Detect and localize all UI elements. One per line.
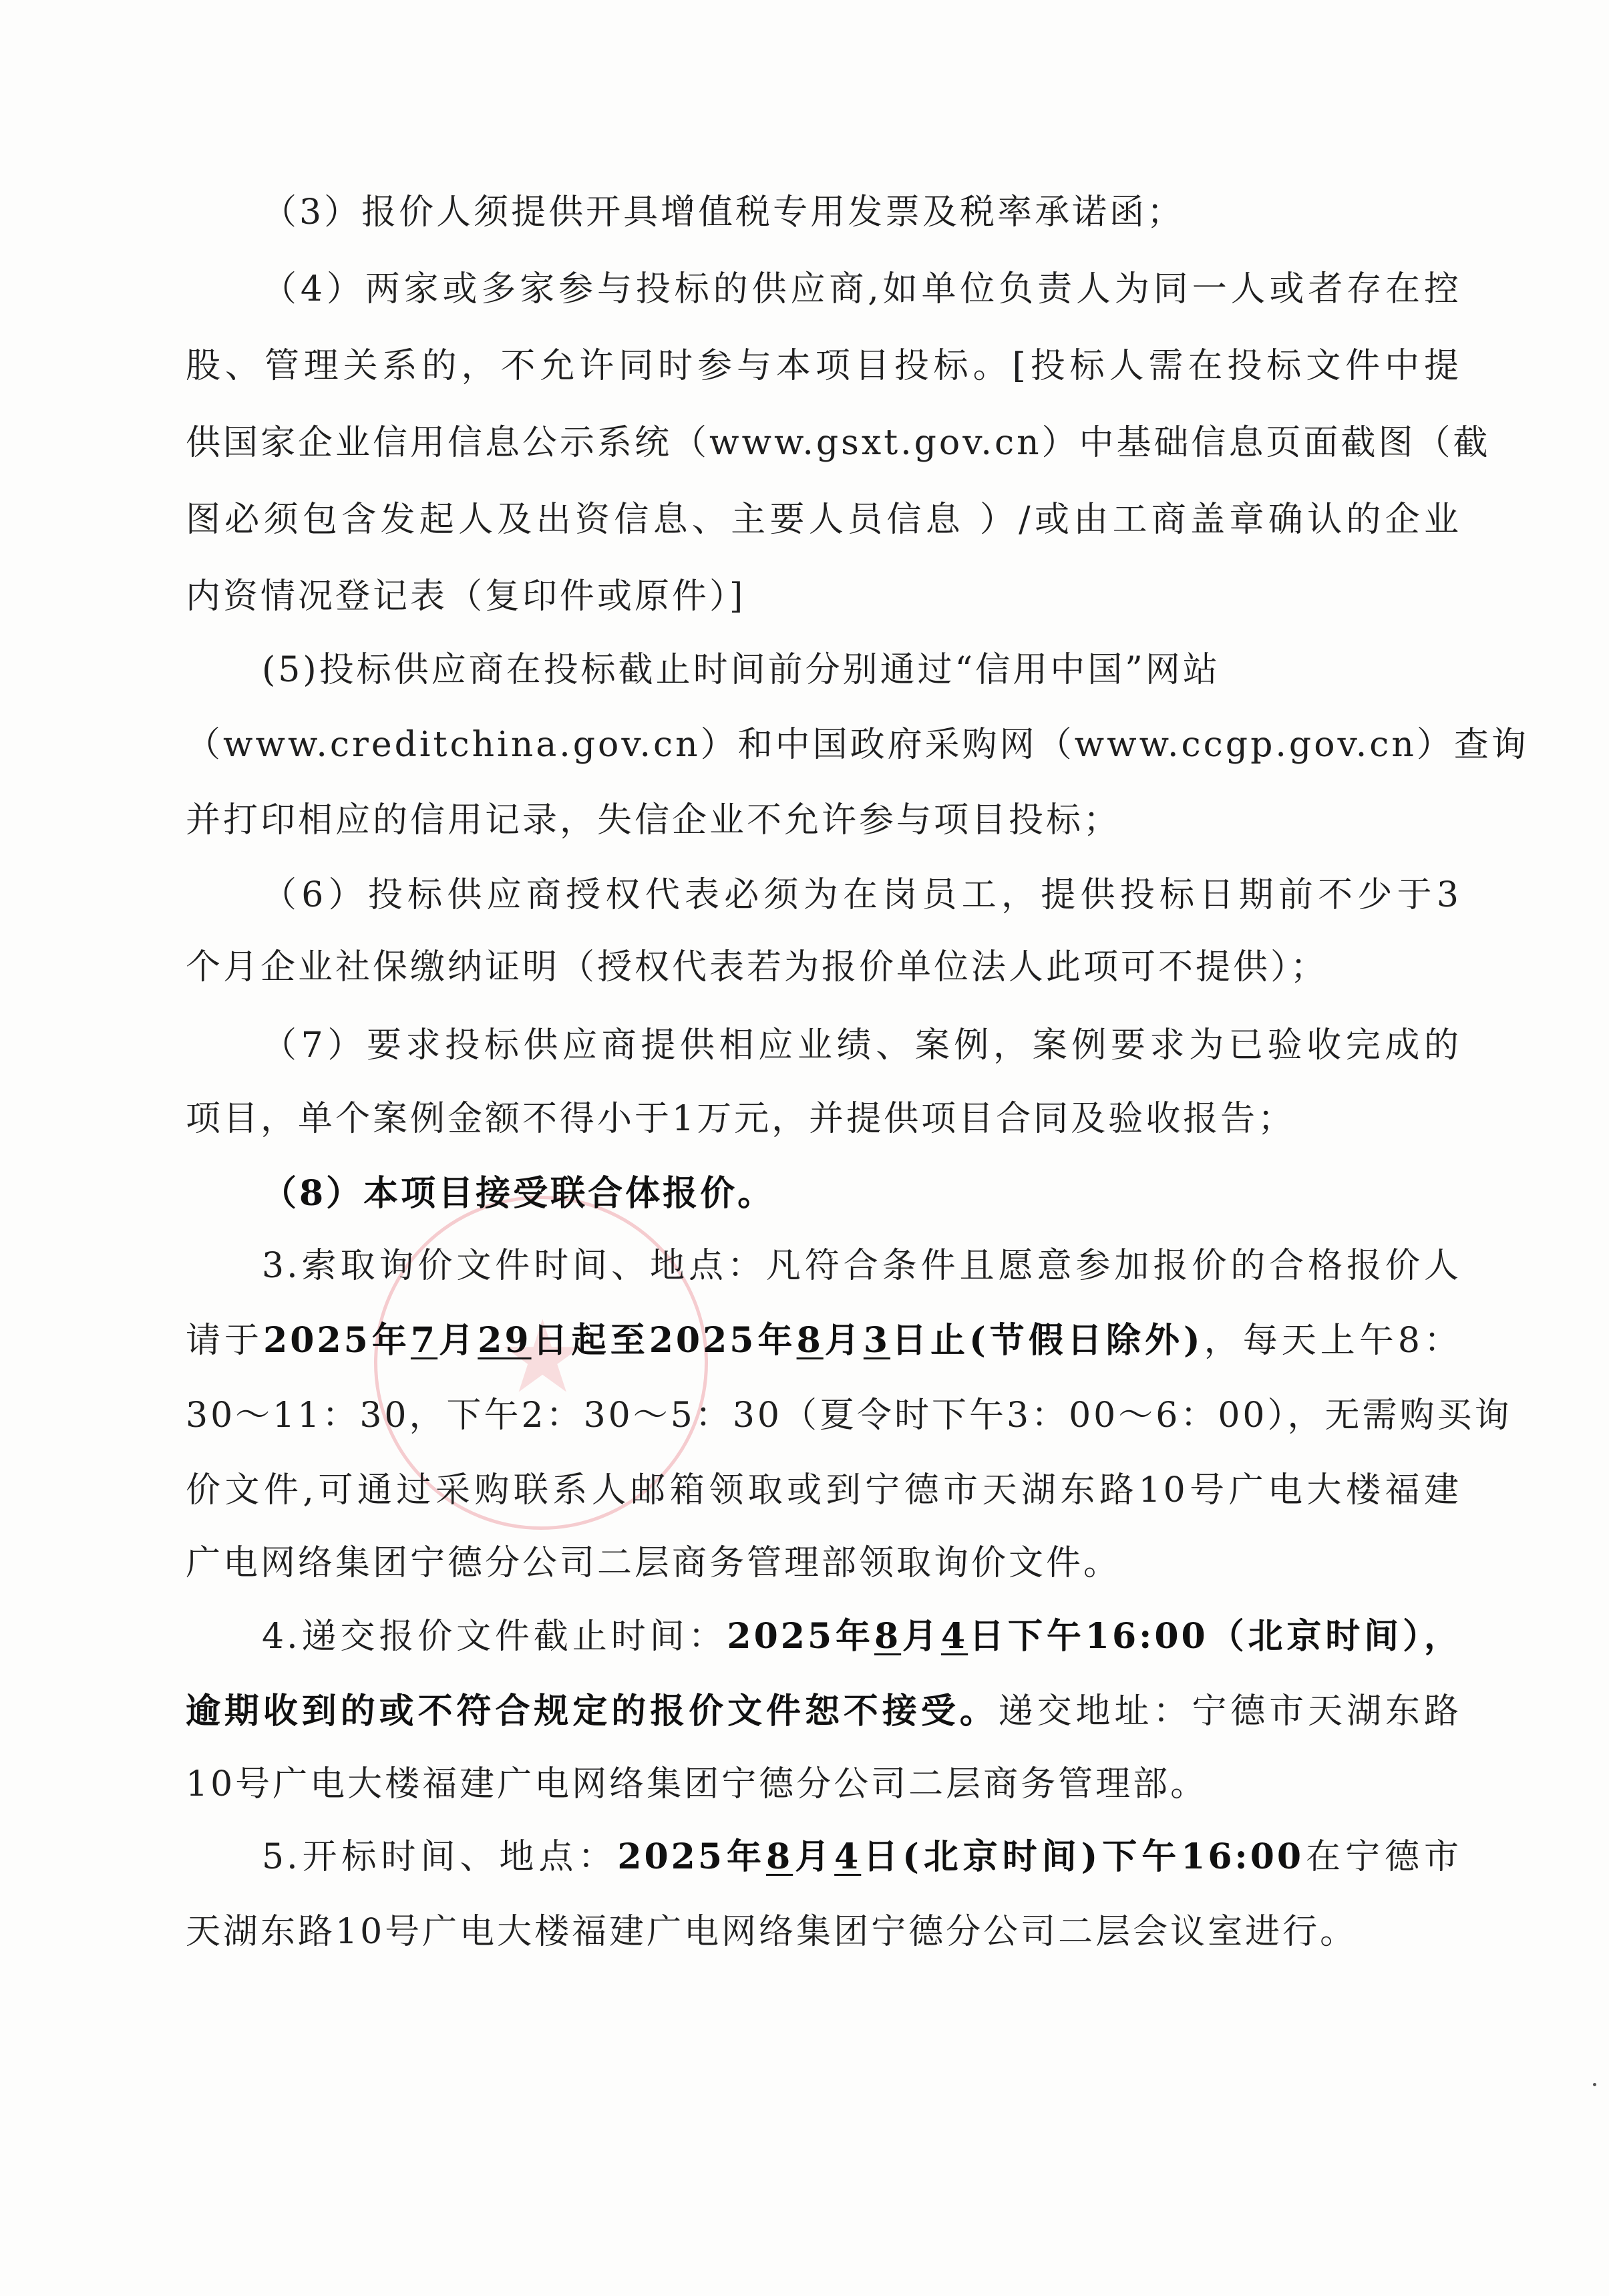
item-6-line-2: 个月企业社保缴纳证明（授权代表若为报价单位法人此项可不提供）； [186, 944, 1461, 991]
year-unit: 年 [725, 1836, 766, 1877]
item-4-line-2: 股、管理关系的，不允许同时参与本项目投标。[投标人需在投标文件中提 [186, 343, 1461, 389]
item-5-line-3: 并打印相应的信用记录，失信企业不允许参与项目投标； [186, 797, 1461, 844]
month-unit: 月 [437, 1320, 478, 1361]
section-4-line-2: 逾期收到的或不符合规定的报价文件恕不接受。递交地址：宁德市天湖东路 [186, 1688, 1461, 1735]
start-year: 2025 [263, 1320, 371, 1361]
opening-date: 2025年8月4日(北京时间)下午16:00 [617, 1836, 1304, 1877]
year-unit: 年 [756, 1320, 796, 1361]
section-4-line-1: 4.递交报价文件截止时间：2025年8月4日下午16:00（北京时间）， [262, 1613, 1461, 1660]
section-4-line-3: 10号广电大楼福建广电网络集团宁德分公司二层商务管理部。 [186, 1761, 1461, 1808]
month-unit: 月 [901, 1616, 941, 1657]
month-unit: 月 [793, 1836, 834, 1877]
item-8-line-1: （8）本项目接受联合体报价。 [262, 1170, 1461, 1217]
deadline-date: 2025年8月4日下午16:00（北京时间）， [727, 1616, 1461, 1657]
section-3-line-1: 3.索取询价文件时间、地点：凡符合条件且愿意参加报价的合格报价人 [262, 1243, 1461, 1289]
section-3-line-5: 广电网络集团宁德分公司二层商务管理部领取询价文件。 [186, 1540, 1461, 1587]
section-3-prefix: 请于 [186, 1321, 263, 1361]
item-3-line-1: （3）报价人须提供开具增值税专用发票及税率承诺函； [262, 189, 1461, 236]
item-4-line-3: 供国家企业信用信息公示系统（www.gsxt.gov.cn）中基础信息页面截图（… [186, 420, 1461, 466]
opening-label: 5.开标时间、地点： [262, 1837, 617, 1877]
opening-year: 2025 [617, 1836, 725, 1877]
end-day: 3 [864, 1320, 890, 1361]
item-5-line-2: （www.creditchina.gov.cn）和中国政府采购网（www.ccg… [186, 721, 1461, 768]
document-page: ★ （3）报价人须提供开具增值税专用发票及税率承诺函； （4）两家或多家参与投标… [0, 0, 1609, 2296]
day-unit-to: 日止(节假日除外) [890, 1320, 1203, 1361]
item-6-line-1: （6）投标供应商授权代表必须为在岗员工，提供投标日期前不少于3 [262, 872, 1461, 919]
opening-day: 4 [834, 1836, 861, 1877]
opening-place-start: 在宁德市 [1304, 1837, 1461, 1877]
item-5-line-1: (5)投标供应商在投标截止时间前分别通过“信用中国”网站 [262, 647, 1461, 693]
month-unit: 月 [824, 1320, 864, 1361]
office-hours-start: ，每天上午8： [1203, 1321, 1461, 1361]
start-day: 29 [478, 1320, 531, 1361]
item-7-line-2: 项目，单个案例金额不得小于1万元，并提供项目合同及验收报告； [186, 1096, 1461, 1142]
section-3-line-2: 请于2025年7月29日起至2025年8月3日止(节假日除外)，每天上午8： [186, 1317, 1461, 1364]
section-5-line-1: 5.开标时间、地点：2025年8月4日(北京时间)下午16:00在宁德市 [262, 1834, 1461, 1880]
end-month: 8 [797, 1320, 824, 1361]
opening-time: 日(北京时间)下午16:00 [861, 1836, 1304, 1877]
section-3-line-4: 价文件,可通过采购联系人邮箱领取或到宁德市天湖东路10号广电大楼福建 [186, 1467, 1461, 1514]
start-month: 7 [411, 1320, 437, 1361]
deadline-day: 4 [941, 1616, 968, 1657]
deadline-month: 8 [874, 1616, 901, 1657]
late-submission-notice: 逾期收到的或不符合规定的报价文件恕不接受。 [186, 1691, 999, 1732]
section-3-line-3: 30～11：30，下午2：30～5：30（夏令时下午3：00～6：00），无需购… [186, 1392, 1461, 1439]
scan-speck [1593, 2083, 1596, 2086]
item-4-line-4: 图必须包含发起人及出资信息、主要人员信息 ）/或由工商盖章确认的企业 [186, 496, 1461, 543]
deadline-time: 日下午16:00（北京时间）， [968, 1616, 1461, 1657]
end-year: 2025 [649, 1320, 757, 1361]
deadline-year: 2025 [727, 1616, 834, 1657]
start-date: 2025年7月29日起至2025年8月3日止(节假日除外) [263, 1320, 1203, 1361]
section-5-line-2: 天湖东路10号广电大楼福建广电网络集团宁德分公司二层会议室进行。 [186, 1909, 1461, 1955]
deadline-label: 4.递交报价文件截止时间： [262, 1617, 727, 1657]
year-unit: 年 [834, 1616, 874, 1657]
opening-month: 8 [766, 1836, 793, 1877]
year-unit: 年 [371, 1320, 411, 1361]
item-4-line-5: 内资情况登记表（复印件或原件）] [186, 573, 1461, 620]
item-4-line-1: （4）两家或多家参与投标的供应商,如单位负责人为同一人或者存在控 [262, 266, 1461, 313]
day-unit-from: 日起至 [532, 1320, 649, 1361]
item-7-line-1: （7）要求投标供应商提供相应业绩、案例，案例要求为已验收完成的 [262, 1022, 1461, 1069]
submission-address-label: 递交地址：宁德市天湖东路 [999, 1691, 1461, 1732]
